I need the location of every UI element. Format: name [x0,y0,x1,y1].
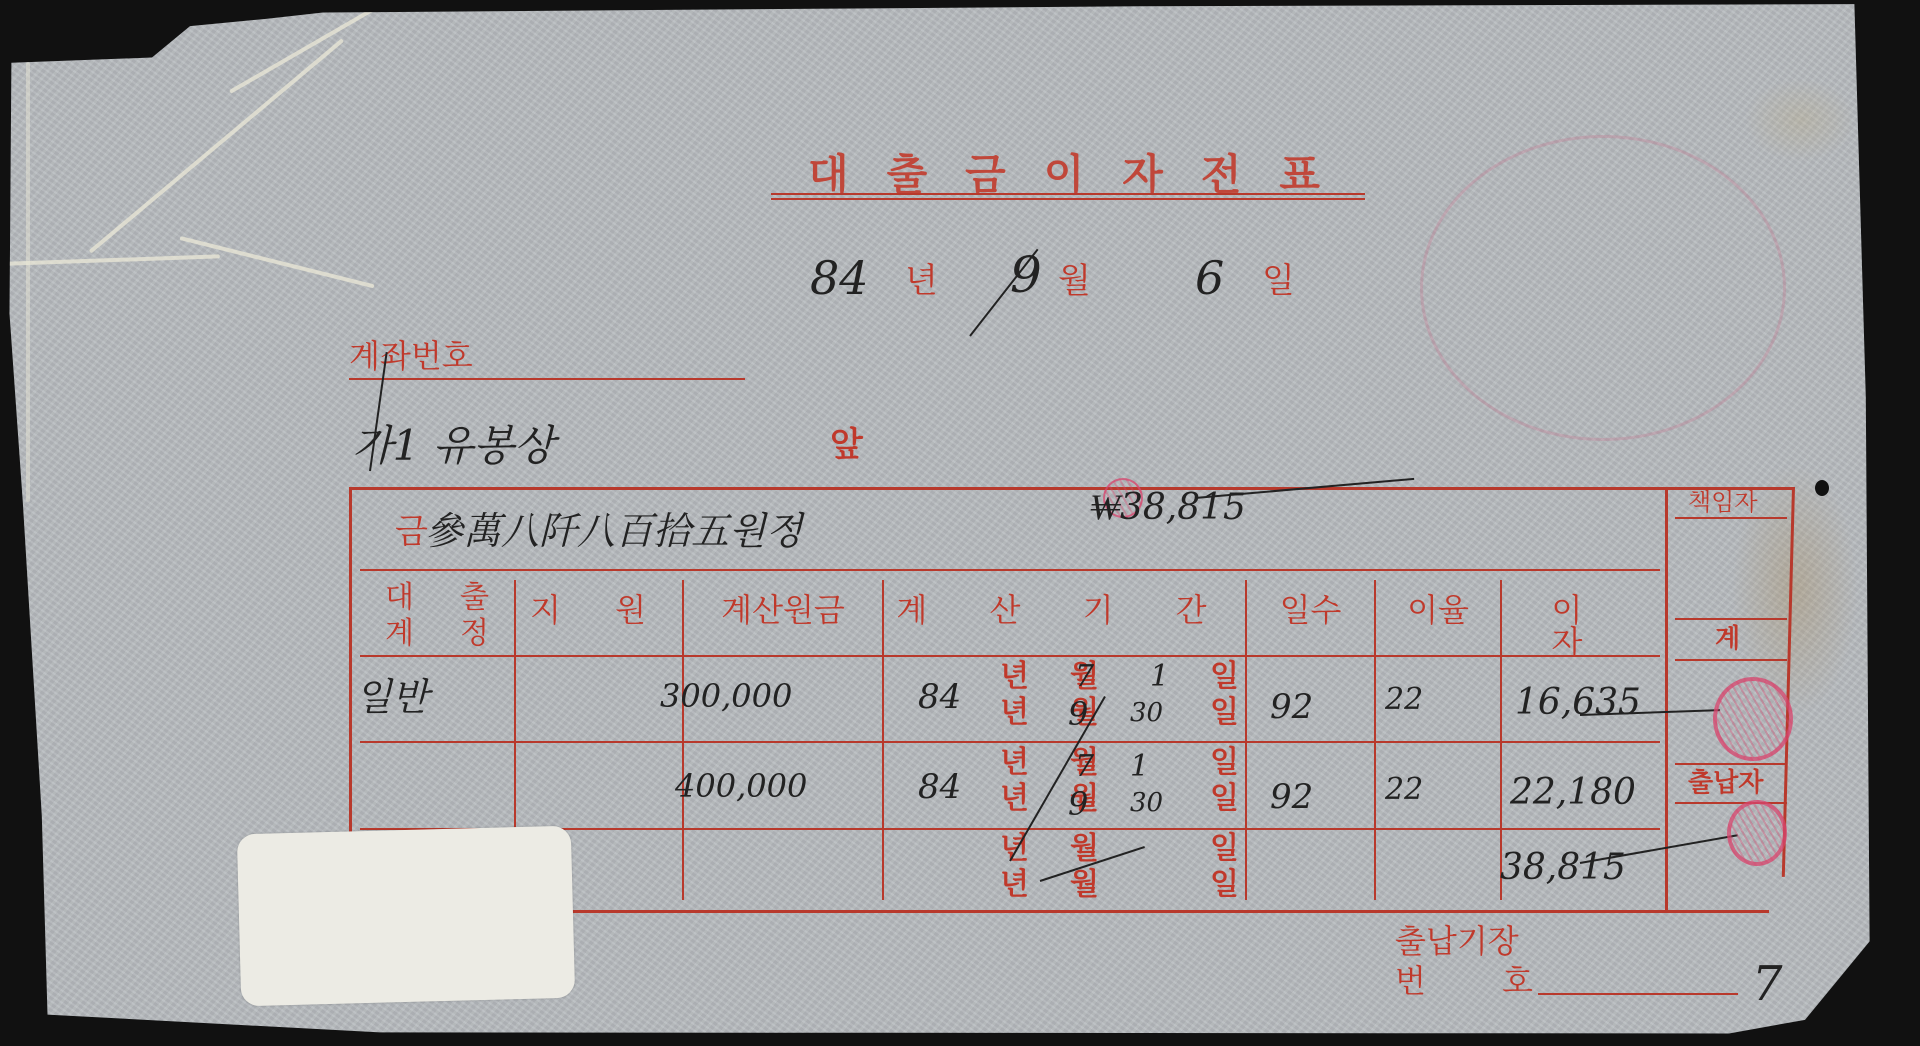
header-interest: 이 자 [1502,594,1662,658]
col-rule [682,580,684,900]
row-1-from-month: 7 [1075,662,1094,692]
header-loan-account-bottom-b: 정 [460,616,489,651]
paper-crease [0,254,220,266]
header-principal: 계산원금 [684,594,882,626]
title-underline [771,193,1365,195]
period-year-label: 년 [1000,698,1029,728]
header-loan-account-top-a: 대 [385,580,414,615]
cashier-label: 출납자 [1688,770,1763,796]
header-loan-account-top-b: 출 [460,580,489,615]
row-1-principal: 300,000 [660,680,792,712]
row-2-from-day: 1 [1130,752,1149,782]
table-top-border [349,487,1794,490]
clerk-seal-stamp [1713,677,1793,761]
date-year-value: 84 [810,255,869,301]
date-year-label: 년 [905,264,938,298]
date-month-label: 월 [1058,264,1091,298]
side-rule [1675,618,1787,620]
row-3-interest-total: 38,815 [1500,850,1626,886]
amount-in-words: 參萬八阡八百拾五원정 [425,512,802,550]
ledger-label: 출납기장 [1395,925,1519,957]
row-1-bottom-rule [360,741,1660,743]
period-month-label: 월 [1070,834,1099,864]
row-1-interest: 16,635 [1515,685,1641,721]
side-rule [1675,659,1787,661]
period-day-label: 일 [1210,662,1239,692]
col-rule [882,580,884,900]
period-day-label: 일 [1210,698,1239,728]
row-2-interest: 22,180 [1510,775,1636,811]
title-underline [771,198,1365,200]
ledger-number-label-b: 호 [1502,965,1533,997]
row-2-rate: 22 [1385,775,1423,805]
header-top-rule [360,569,1660,571]
amount-label: 금 [395,515,428,549]
period-day-label: 일 [1210,870,1239,900]
row-1-rate: 22 [1385,685,1423,715]
paper-crease [89,38,344,253]
paper-crease [180,236,375,288]
header-loan-account-bottom-a: 계 [385,616,414,651]
col-rule [1245,580,1247,900]
row-1-from-day: 1 [1150,662,1169,692]
date-day-label: 일 [1262,264,1295,298]
row-2-to-day: 30 [1130,790,1163,816]
period-year-label: 년 [1000,784,1029,814]
row-2-days: 92 [1270,780,1313,814]
row-2-to-month: 9 [1068,788,1088,820]
row-1-to-day: 30 [1130,700,1163,726]
responsible-officer-label: 책임자 [1688,490,1758,514]
ledger-number-mark: 7 [1752,960,1783,1008]
paper-crease [26,62,30,502]
account-number-underline [349,378,745,380]
row-2-from-year: 84 [918,770,961,804]
period-year-label: 년 [1000,662,1029,692]
row-2-principal: 400,000 [675,770,807,802]
header-period: 계 산 기 간 [884,594,1245,626]
header-loan-account: 대출 계정 [372,580,502,652]
header-bottom-rule [360,655,1660,657]
period-year-label: 년 [1000,748,1029,778]
col-rule [1374,580,1376,900]
side-rule [1675,517,1787,519]
period-day-label: 일 [1210,784,1239,814]
header-rate: 이율 [1376,594,1500,626]
row-1-from-year: 84 [918,680,961,714]
row-1-days: 92 [1270,690,1313,724]
cashier-seal-stamp [1727,800,1787,866]
side-rule [1675,763,1787,765]
period-day-label: 일 [1210,748,1239,778]
row-1-account: 일반 [355,678,428,716]
header-branch: 지 원 [516,594,682,626]
punch-hole [1815,480,1829,496]
faint-seal-stamp [1420,135,1786,441]
ledger-number-label-a: 번 [1395,965,1426,997]
row-1-to-month: 9 [1068,698,1088,730]
ledger-number-underline [1538,993,1738,995]
period-year-label: 년 [1000,870,1029,900]
period-day-label: 일 [1210,834,1239,864]
clerk-label: 계 [1715,626,1740,652]
voucher-paper: 대출금이자전표 84 년 9 월 6 일 계좌번호 가1 유봉상 앞 금 參萬八… [0,0,1900,1046]
privacy-label-sticker [237,826,575,1007]
period-month-label: 월 [1070,870,1099,900]
payee-name: 가1 유봉상 [352,425,554,467]
date-day-value: 6 [1195,255,1224,301]
row-2-from-month: 7 [1075,752,1094,782]
header-days: 일수 [1247,594,1374,626]
payee-suffix: 앞 [830,428,863,462]
account-number-label: 계좌번호 [349,340,473,372]
